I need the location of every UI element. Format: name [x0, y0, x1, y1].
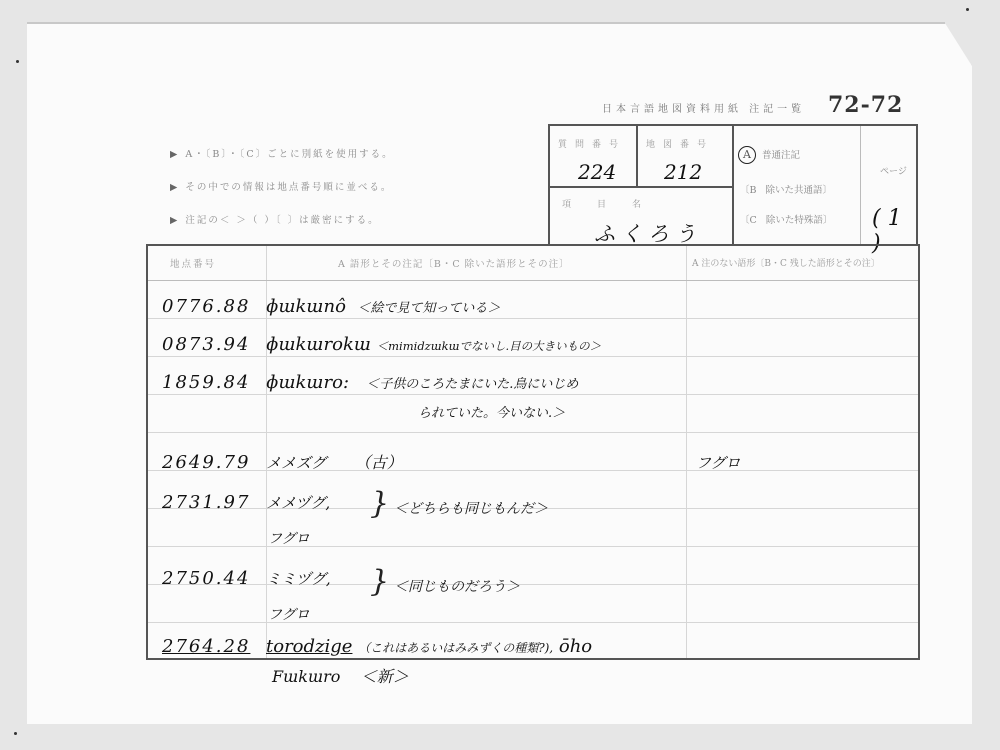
- grouping-brace: }: [370, 486, 389, 521]
- triangle-bullet-icon: ▶: [170, 215, 177, 226]
- grouping-brace: }: [370, 564, 389, 599]
- column-header-point-number: 地点番号: [170, 256, 216, 270]
- triangle-bullet-icon: ▶: [170, 182, 177, 193]
- table-row-continuation: フグロ: [268, 528, 310, 548]
- question-number: 224: [578, 160, 616, 184]
- table-row: 1859.84ɸɯkɯro: ＜子供のころたまにいた.鳥にいじめ: [162, 372, 578, 393]
- instruction-item: ▶その中での情報は地点番号順に並べる。: [170, 179, 394, 193]
- table-row: 0873.94ɸɯkɯrokɯ ＜mimidzɯkɯでないし.目の大きいもの＞: [162, 334, 601, 355]
- instruction-item: ▶A・〔B〕・〔C〕ごとに別紙を使用する。: [170, 146, 394, 160]
- circled-a-icon: A: [738, 146, 756, 164]
- question-number-label: 質問番号: [558, 132, 626, 151]
- table-row: 2764.28torodzige （これはあるいはみみずくの種類?), ōho: [162, 636, 592, 657]
- plain-form-cell: フグロ: [696, 452, 741, 473]
- table-row-note: ＜どちらも同じもんだ＞: [394, 498, 548, 518]
- table-row: 2731.97メメヅグ,: [162, 492, 330, 513]
- form-title: 日本言語地図資料用紙 注記一覧: [602, 100, 805, 115]
- table-row: 2750.44ミミヅグ,: [162, 568, 331, 589]
- annotation-option-a: A普通注記: [738, 146, 800, 164]
- instruction-item: ▶注記の＜ ＞（ ）〔 〕は厳密にする。: [170, 212, 394, 226]
- annotation-option-c: 〔C 除いた特殊語〕: [740, 212, 832, 226]
- table-row-continuation: フグロ: [268, 604, 310, 624]
- table-row-continuation: Fɯkɯro ＜新＞: [272, 664, 409, 687]
- dust-speck: [16, 60, 19, 63]
- dust-speck: [14, 732, 17, 735]
- table-row-continuation: られていた。今いない.＞: [418, 402, 565, 421]
- map-number-label: 地図番号: [646, 132, 714, 151]
- map-number: 212: [664, 160, 702, 184]
- item-name-label: 項目名: [562, 192, 667, 211]
- instructions: ▶A・〔B〕・〔C〕ごとに別紙を使用する。 ▶その中での情報は地点番号順に並べる…: [170, 146, 394, 245]
- annotation-option-b: 〔B 除いた共通語〕: [740, 182, 832, 196]
- table-row-note: ＜同じものだろう＞: [394, 576, 520, 596]
- triangle-bullet-icon: ▶: [170, 149, 177, 160]
- header-info-box: 質問番号 224 地図番号 212 項目名 ふくろう A普通注記 〔B 除いた共…: [548, 124, 918, 246]
- table-row: 0776.88ɸɯkɯnô ＜絵で見て知っている＞: [162, 296, 500, 317]
- table-row: 2649.79メメズグ （古）: [162, 450, 403, 473]
- dust-speck: [966, 8, 969, 11]
- annotation-table: 地点番号 A 語形とその注記〔B・C 除いた語形とその注〕 A 注のない語形〔B…: [146, 244, 920, 660]
- column-header-plain-forms: A 注のない語形〔B・C 残した語形とその注〕: [692, 256, 880, 269]
- form-code: 72-72: [828, 92, 903, 118]
- page-label: ページ: [880, 164, 907, 177]
- column-header-annotated-forms: A 語形とその注記〔B・C 除いた語形とその注〕: [338, 256, 570, 270]
